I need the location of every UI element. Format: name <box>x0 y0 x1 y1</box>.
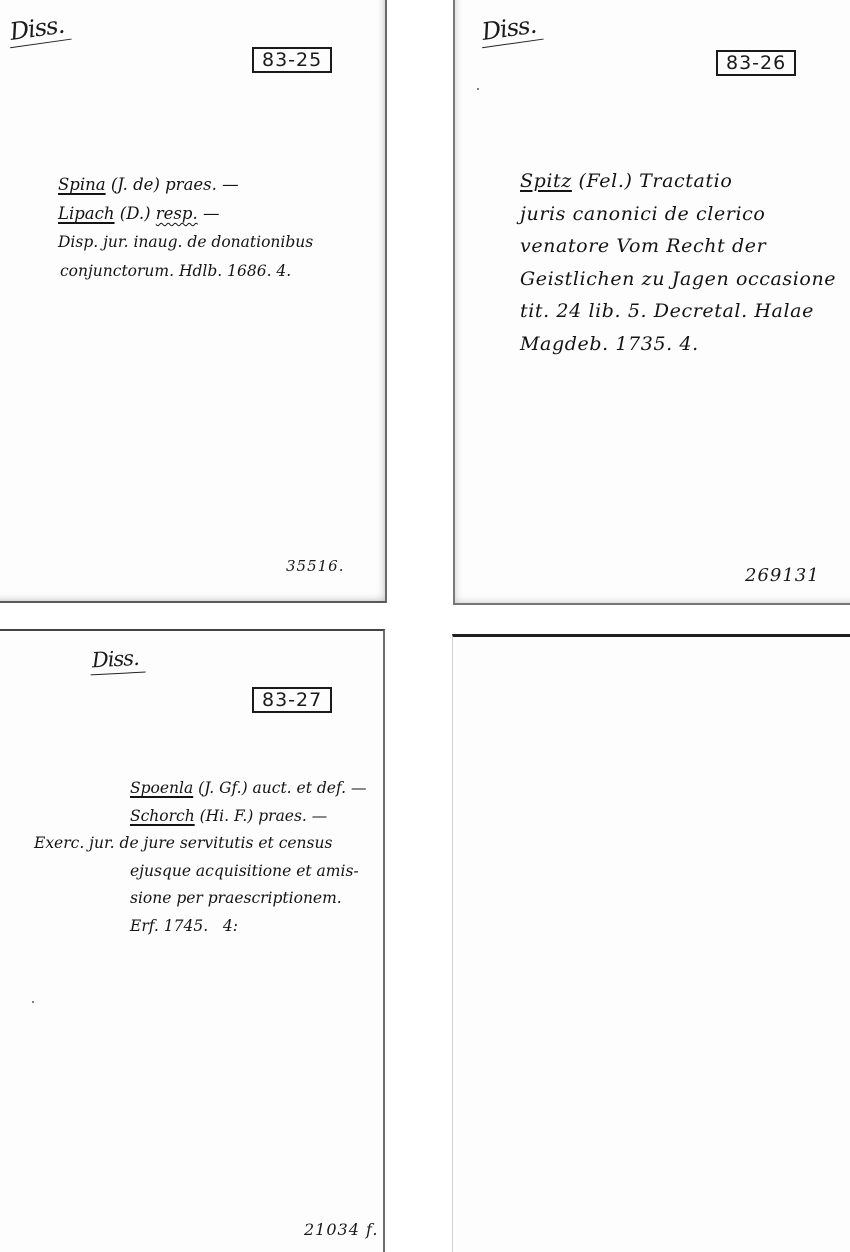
entry-line-title: ejusque acquisitione et amis- <box>34 858 367 886</box>
entry-line-imprint: Magdeb. 1735. 4. <box>520 328 836 361</box>
role-label: resp. <box>156 204 198 223</box>
entry-line-title: Disp. jur. inaug. de donationibus <box>58 228 313 257</box>
entry-line-title: juris canonici de clerico <box>520 198 836 231</box>
bibliographic-entry: Spitz (Fel.) Tractatio juris canonici de… <box>520 165 836 360</box>
category-mark: Diss. <box>478 12 543 48</box>
catalog-card-83-27: Diss. 83-27 21034 f. <box>0 629 385 1252</box>
bibliographic-entry: Spoenla (J. Gf.) auct. et def. — Schorch… <box>34 775 367 940</box>
blank-catalog-card <box>452 634 850 1252</box>
entry-line-presiding: Schorch (Hi. F.) praes. — <box>34 803 367 831</box>
author-name: Spina <box>58 175 106 194</box>
presiding-name: Schorch <box>130 807 195 825</box>
entry-line-author: Spoenla (J. Gf.) auct. et def. — <box>34 775 367 803</box>
entry-line-author-title: Spitz (Fel.) Tractatio <box>520 165 836 198</box>
entry-line-imprint: Erf. 1745. 4: <box>34 913 367 941</box>
category-mark: Diss. <box>89 648 145 676</box>
accession-number: 21034 f. <box>304 1220 378 1239</box>
author-name: Spitz <box>520 170 572 192</box>
shelfmark-label: 83-26 <box>716 50 796 76</box>
scan-speck <box>32 1001 34 1003</box>
entry-line-title: tit. 24 lib. 5. Decretal. Halae <box>520 295 836 328</box>
bibliographic-entry: Spina (J. de) praes. — Lipach (D.) resp.… <box>58 170 313 286</box>
author-name: Spoenla <box>130 779 193 797</box>
catalog-card-83-25: Diss. 83-25 35516. <box>0 0 387 603</box>
entry-line-title: Exerc. jur. de jure servitutis et census <box>34 830 367 858</box>
entry-line-title: venatore Vom Recht der <box>520 230 836 263</box>
accession-number: 35516. <box>286 557 345 575</box>
shelfmark-label: 83-27 <box>252 687 332 713</box>
entry-line-respondent: Lipach (D.) resp. — <box>58 199 313 228</box>
scan-speck <box>477 88 479 90</box>
entry-line-presiding: Spina (J. de) praes. — <box>58 170 313 199</box>
accession-number: 269131 <box>745 565 820 586</box>
entry-line-imprint: conjunctorum. Hdlb. 1686. 4. <box>58 257 313 286</box>
respondent-name: Lipach <box>58 204 115 223</box>
category-mark: Diss. <box>6 12 71 48</box>
entry-line-title: Geistlichen zu Jagen occasione <box>520 263 836 296</box>
entry-line-title: sione per praescriptionem. <box>34 885 367 913</box>
shelfmark-label: 83-25 <box>252 47 332 73</box>
